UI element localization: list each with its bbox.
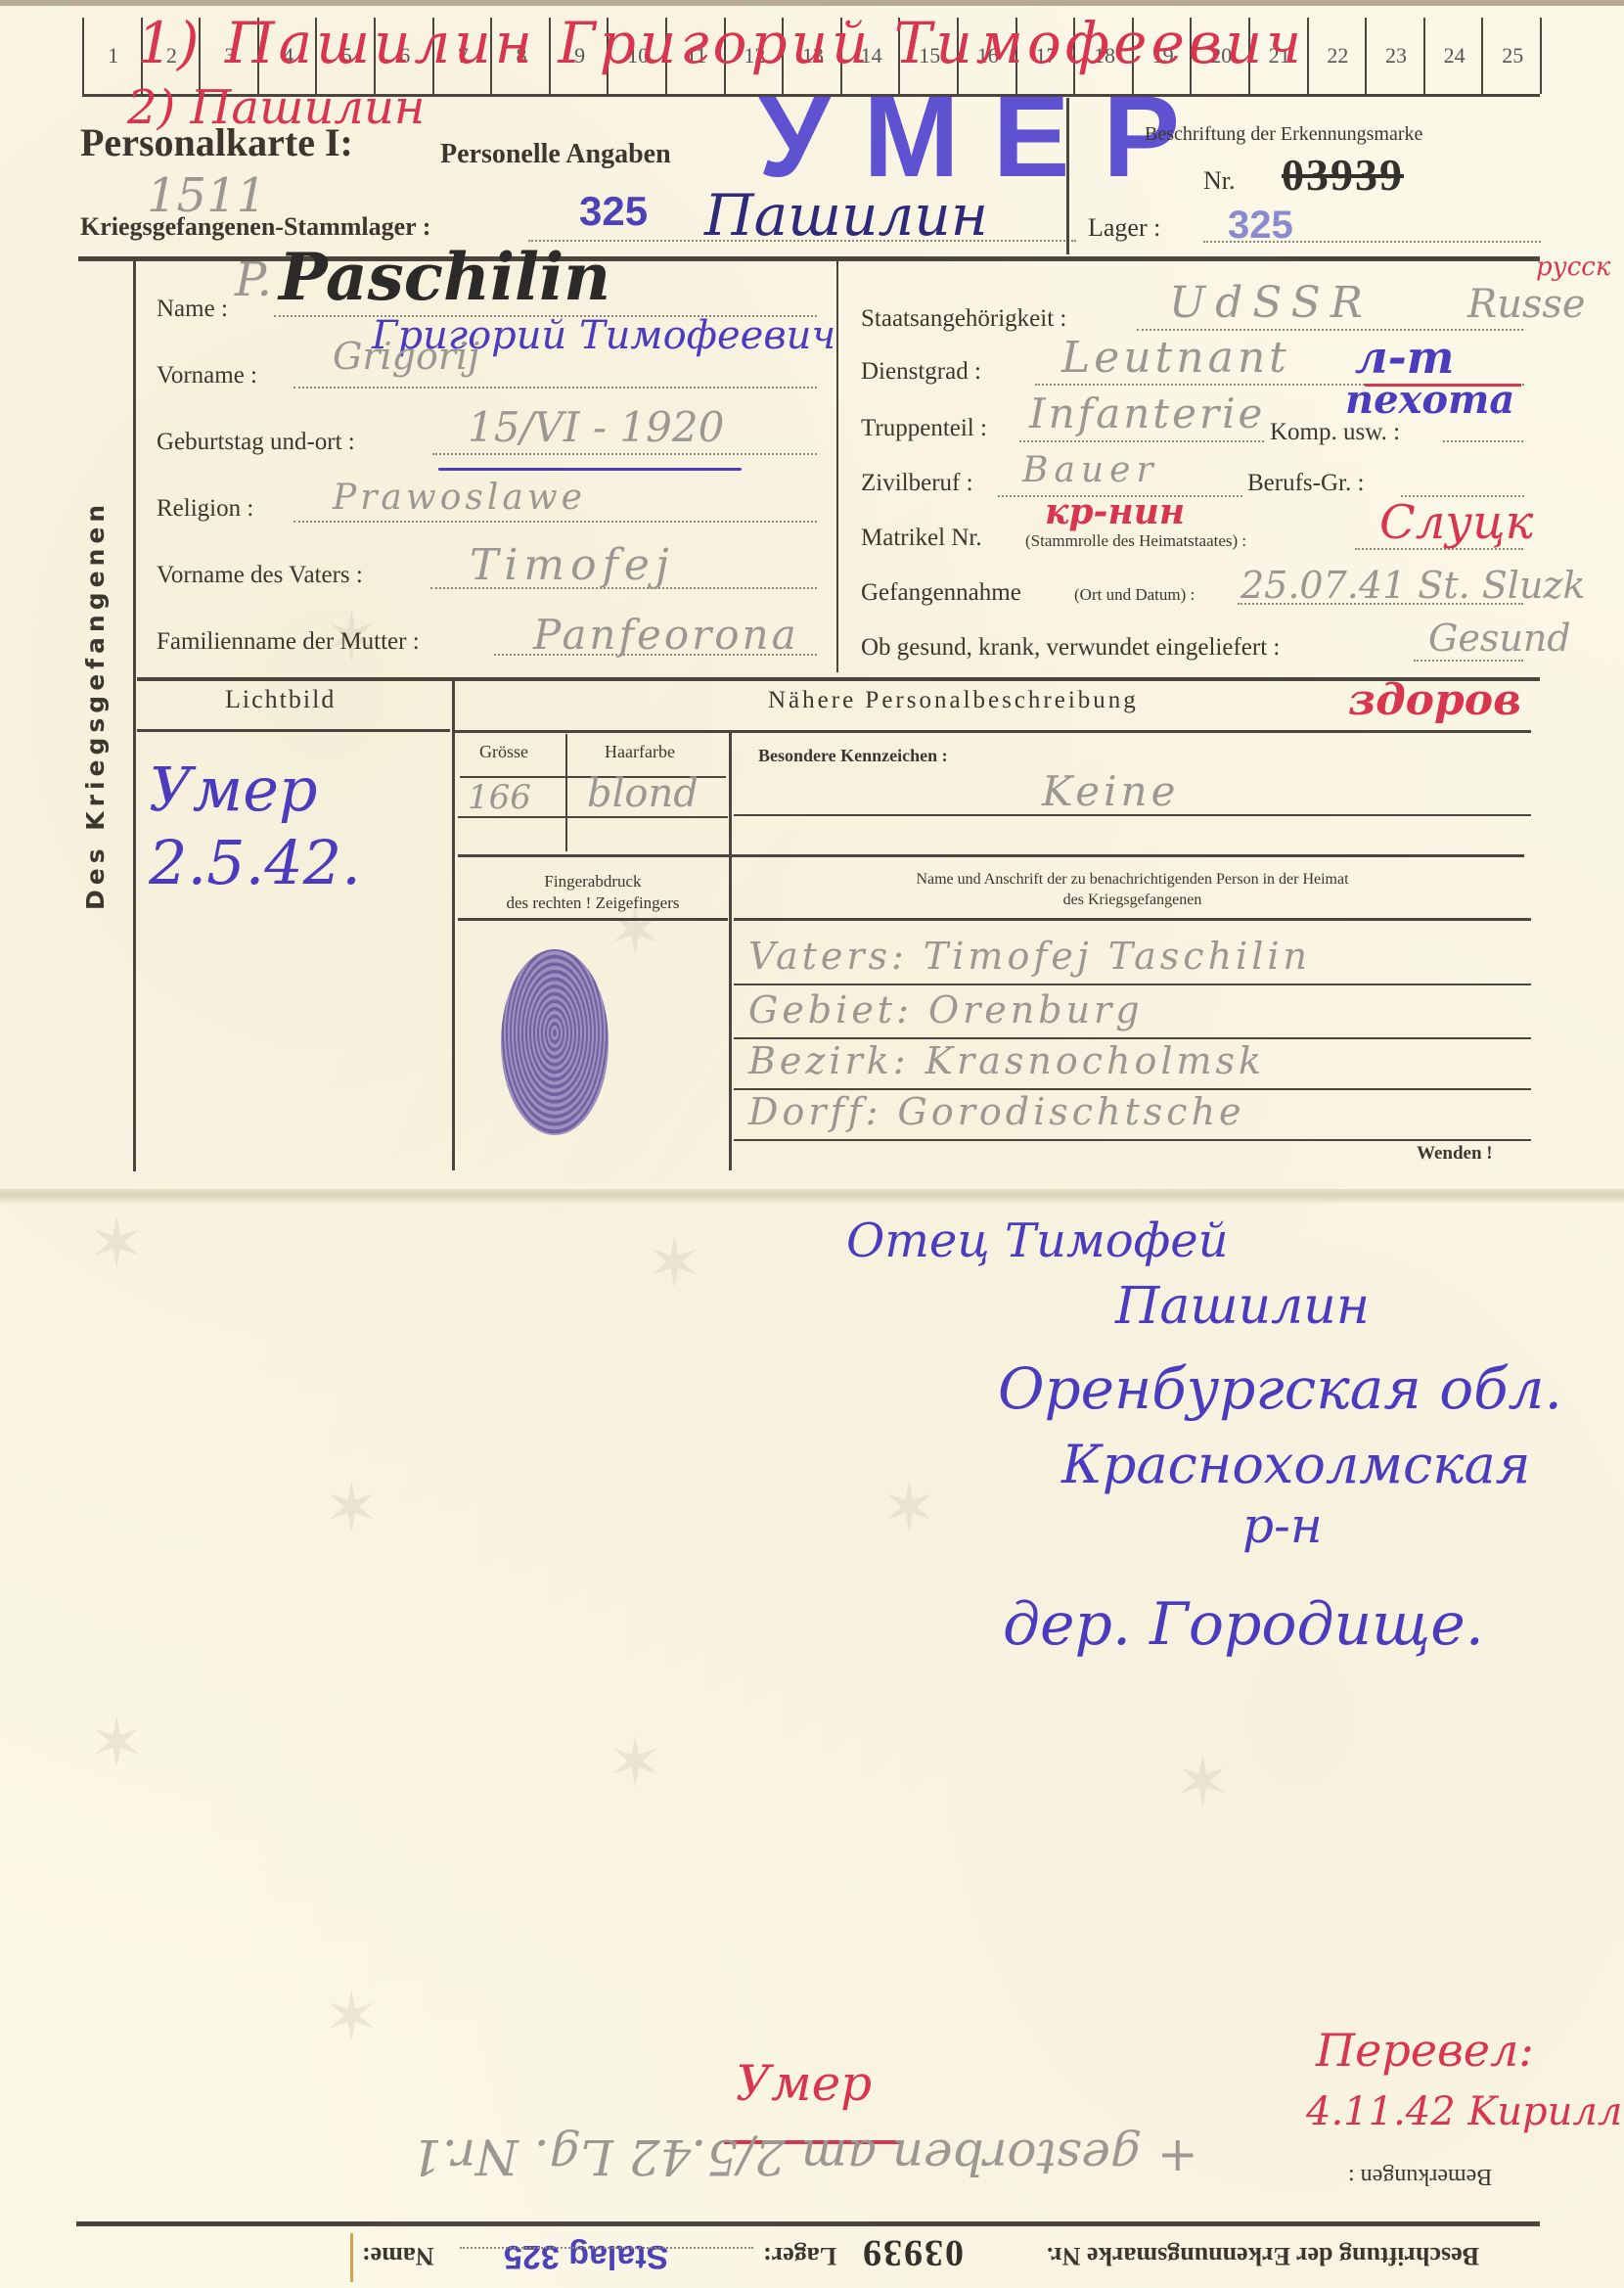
groesse-value: 166 bbox=[468, 778, 531, 817]
anschrift-label-1: Name und Anschrift der zu benachrichtige… bbox=[734, 869, 1531, 890]
lichtbild-note-2: 2.5.42. bbox=[149, 827, 361, 898]
groesse-haar-divider bbox=[565, 734, 567, 851]
anschrift-line: Vaters: Timofej Taschilin bbox=[748, 935, 1311, 978]
komp-label: Komp. usw. : bbox=[1270, 419, 1400, 446]
finger-label-1: Fingerabdruck bbox=[458, 871, 728, 892]
card-top-edge bbox=[0, 0, 1624, 6]
wenden-label: Wenden ! bbox=[1417, 1143, 1493, 1165]
kennzeichen-line bbox=[734, 814, 1531, 816]
bottom-lager-value: Stalag 325 bbox=[504, 2237, 668, 2275]
lichtbild-label: Lichtbild bbox=[225, 685, 336, 714]
strip-cell: 24 bbox=[1423, 18, 1484, 94]
anschrift-header-line bbox=[734, 918, 1531, 921]
groesse-divider bbox=[729, 730, 732, 1170]
gefangennahme-label: Gefangennahme bbox=[861, 579, 1021, 607]
bottom-orange-mark bbox=[350, 2233, 353, 2282]
staat-value: UdSSR bbox=[1169, 278, 1373, 328]
truppenteil-dots bbox=[1019, 440, 1264, 442]
dienstgrad-blue: л-т bbox=[1355, 331, 1454, 384]
nr-label: Nr. bbox=[1203, 166, 1236, 196]
back-russian-line: Отец Тимофей bbox=[846, 1213, 1229, 1268]
dienstgrad-label: Dienstgrad : bbox=[861, 358, 981, 386]
lower-top-line bbox=[137, 677, 1540, 681]
middle-frame-line bbox=[836, 261, 838, 672]
finger-header-line bbox=[458, 918, 728, 921]
geburtstag-underline bbox=[438, 468, 742, 471]
side-label: Des Kriegsgefangenen bbox=[81, 500, 110, 910]
strip-cell: 25 bbox=[1481, 18, 1542, 94]
vorname-dots bbox=[293, 387, 817, 389]
back-russian-line: Оренбургская обл. bbox=[998, 1355, 1562, 1422]
staat-value-2: Russe bbox=[1467, 282, 1586, 327]
watermark-star-icon: ✶ bbox=[88, 1204, 146, 1284]
gefangennahme-sub: (Ort und Datum) : bbox=[1074, 585, 1195, 605]
bottom-nr: 03939 bbox=[861, 2231, 964, 2274]
watermark-star-icon: ✶ bbox=[88, 1703, 146, 1783]
watermark-star-icon: ✶ bbox=[1174, 1742, 1232, 1822]
haarfarbe-label: Haarfarbe bbox=[605, 742, 675, 762]
fingerprint-image bbox=[501, 949, 609, 1135]
name-label: Name : bbox=[157, 296, 228, 323]
gesund-value: Gesund bbox=[1428, 617, 1571, 660]
geburtstag-value: 15/VI - 1920 bbox=[468, 403, 724, 451]
religion-dots bbox=[293, 521, 817, 523]
lichtbild-note-1: Умер bbox=[149, 754, 318, 825]
lichtbild-divider bbox=[452, 681, 455, 1170]
back-russian-line: р-н bbox=[1242, 1497, 1323, 1554]
lichtbild-header-line bbox=[137, 729, 450, 732]
bemerkungen-label: Bemerkungen : bbox=[1348, 2163, 1492, 2189]
lager-label: Lager : bbox=[1088, 213, 1160, 243]
haarfarbe-value: blond bbox=[587, 771, 699, 816]
gefangennahme-value: 25.07.41 St. Sluzk bbox=[1241, 564, 1585, 607]
bottom-lager-label: Lager: bbox=[763, 2241, 836, 2270]
watermark-star-icon: ✶ bbox=[323, 1468, 381, 1548]
watermark-star-icon: ✶ bbox=[607, 1722, 664, 1803]
groesse-label: Grösse bbox=[479, 742, 528, 762]
bottom-lager-dots bbox=[460, 2247, 753, 2249]
vater-value: Timofej bbox=[470, 540, 675, 590]
lager-dots bbox=[1203, 241, 1541, 243]
zivilberuf-red: кр-нин bbox=[1045, 491, 1185, 532]
strip-cell: 22 bbox=[1307, 18, 1368, 94]
anschrift-rule bbox=[734, 1139, 1531, 1141]
religion-label: Religion : bbox=[157, 495, 253, 523]
matrikel-sub: (Stammrolle des Heimatstaates) : bbox=[1025, 531, 1246, 551]
strip-end bbox=[1540, 18, 1542, 94]
anschrift-line: Bezirk: Krasnocholmsk bbox=[748, 1039, 1265, 1082]
zivilberuf-value: Bauer bbox=[1022, 450, 1159, 490]
back-red-note-1: Умер bbox=[736, 2055, 872, 2112]
vorname-value: Grigorij bbox=[333, 335, 479, 378]
anschrift-line: Gebiet: Orenburg bbox=[748, 988, 1144, 1031]
geburtstag-label: Geburtstag und-ort : bbox=[157, 429, 355, 456]
back-russian-line: Краснохолмская bbox=[1061, 1434, 1530, 1495]
watermark-star-icon: ✶ bbox=[646, 1223, 703, 1304]
geburtstag-dots bbox=[432, 453, 817, 455]
finger-label-2: des rechten ! Zeigefingers bbox=[458, 892, 728, 914]
religion-value: Prawoslawe bbox=[333, 478, 586, 518]
bottom-label: Beschriftung der Erkennungsmarke Nr. bbox=[1047, 2241, 1479, 2270]
komp-dots bbox=[1443, 440, 1523, 442]
strip-cell: 23 bbox=[1365, 18, 1425, 94]
name-value: Paschilin bbox=[279, 239, 610, 315]
staat-red-note: русск bbox=[1536, 252, 1610, 282]
footer-top-line bbox=[76, 2221, 1540, 2226]
matrikel-label: Matrikel Nr. bbox=[861, 525, 982, 552]
staat-dots bbox=[1137, 329, 1523, 331]
matrikel-red: Слуцк bbox=[1379, 495, 1533, 550]
truppenteil-blue: пехота bbox=[1345, 377, 1514, 423]
bemerkungen-value: + gestorben am 2/5.42 Lg. Nr.1 bbox=[411, 2128, 1198, 2185]
back-red-note-2: Перевел: bbox=[1316, 2024, 1534, 2077]
watermark-star-icon: ✶ bbox=[880, 1468, 938, 1548]
bottom-name-label: Name: bbox=[362, 2241, 434, 2270]
beschreibung-label: Nähere Personalbeschreibung bbox=[768, 687, 1139, 714]
gesund-dots bbox=[1414, 660, 1523, 662]
mutter-label: Familienname der Mutter : bbox=[157, 628, 420, 656]
card-title: Personalkarte I: bbox=[80, 119, 353, 165]
groesse-value-line bbox=[458, 816, 728, 818]
header-divider bbox=[1066, 98, 1069, 254]
staat-label: Staatsangehörigkeit : bbox=[861, 305, 1066, 333]
back-russian-line: Пашилин bbox=[1115, 1277, 1370, 1336]
watermark-star-icon: ✶ bbox=[323, 1977, 381, 2057]
finger-top-line bbox=[458, 854, 1524, 857]
beschreibung-header-line bbox=[455, 730, 1531, 733]
vorname-label: Vorname : bbox=[157, 362, 257, 389]
truppenteil-value: Infanterie bbox=[1029, 389, 1265, 437]
anschrift-rule bbox=[734, 984, 1531, 985]
strip-annotation-1: 1) Пашилин Григорий Тимофеевич bbox=[137, 10, 1305, 76]
back-red-note-3: 4.11.42 Kирилл bbox=[1306, 2089, 1622, 2134]
berufsgr-label: Berufs-Gr. : bbox=[1247, 470, 1364, 497]
anschrift-label-2: des Kriegsgefangenen bbox=[734, 890, 1531, 910]
stammlager-label: Kriegsgefangenen-Stammlager : bbox=[80, 212, 430, 242]
kennzeichen-value: Keine bbox=[1042, 767, 1179, 815]
zivilberuf-label: Zivilberuf : bbox=[861, 470, 973, 497]
kennzeichen-label: Besondere Kennzeichen : bbox=[758, 746, 948, 766]
mutter-value: Panfeorona bbox=[533, 611, 799, 659]
card-fold bbox=[0, 1189, 1624, 1203]
dienstgrad-value: Leutnant bbox=[1061, 333, 1290, 383]
anschrift-label: Name und Anschrift der zu benachrichtige… bbox=[734, 869, 1531, 910]
nr-value: 03939 bbox=[1282, 149, 1404, 201]
stammlager-handwritten: Пашилин bbox=[704, 182, 988, 249]
gesund-label: Ob gesund, krank, verwundet eingeliefert… bbox=[861, 634, 1280, 662]
erkennungsmarke-label: Beschriftung der Erkennungsmarke bbox=[1145, 123, 1422, 146]
card-subtitle: Personelle Angaben bbox=[440, 139, 671, 170]
gesund-red: здоров bbox=[1348, 675, 1521, 725]
stammlager-value: 325 bbox=[579, 188, 648, 235]
finger-label: Fingerabdruck des rechten ! Zeigefingers bbox=[458, 871, 728, 914]
anschrift-line: Dorff: Gorodischtsche bbox=[748, 1090, 1245, 1133]
name-pencil-prefix: P. bbox=[235, 252, 272, 307]
left-frame-line bbox=[133, 261, 136, 1171]
vater-label: Vorname des Vaters : bbox=[157, 562, 363, 589]
back-russian-line: дер. Городище. bbox=[1003, 1590, 1484, 1659]
truppenteil-label: Truppenteil : bbox=[861, 415, 987, 442]
